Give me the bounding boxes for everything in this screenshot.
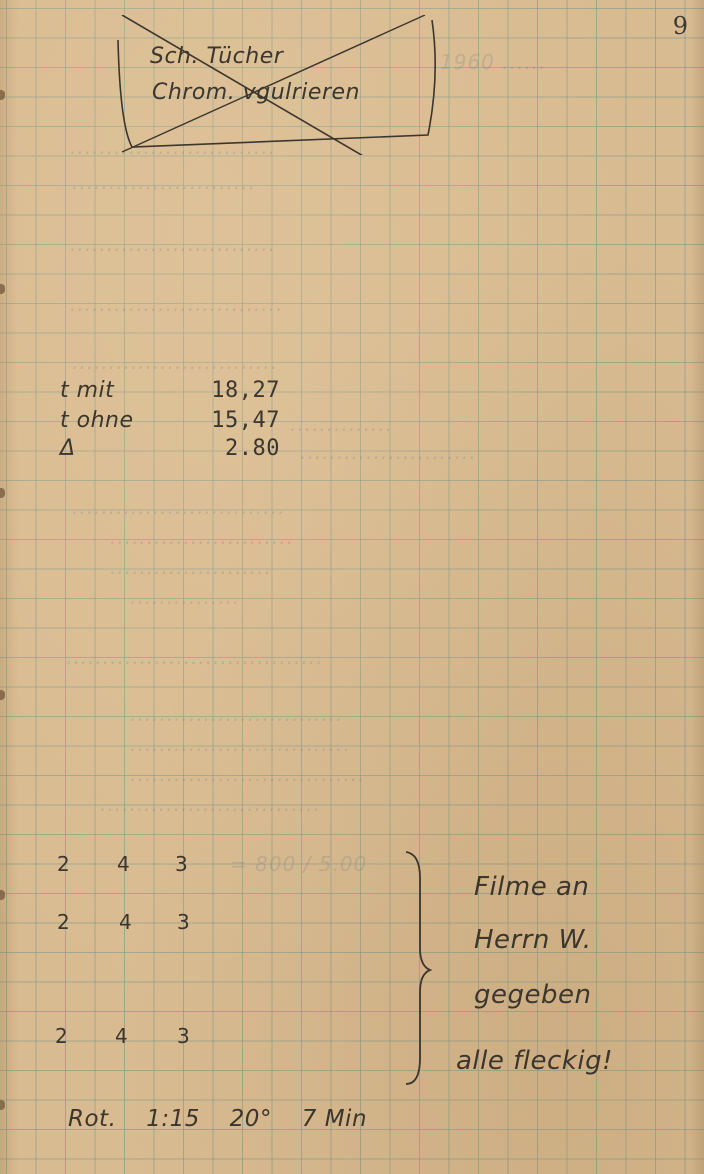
measurement-label: t mit: [60, 378, 180, 403]
note-line: Herrn W.: [474, 925, 592, 955]
footer-part: 1:15: [146, 1106, 200, 1132]
binding-hole: [0, 90, 5, 100]
footer-part: 7 Min: [302, 1106, 367, 1132]
measurement-label: Δ: [60, 436, 180, 461]
footer-note: Rot. 1:15 20° 7 Min: [68, 1106, 389, 1132]
note-line: alle fleckig!: [456, 1046, 613, 1076]
measurement-row: t mit 18,27: [60, 378, 280, 403]
measurement-value: 18,27: [180, 378, 280, 403]
measurement-label: t ohne: [60, 408, 180, 433]
binding-hole: [0, 488, 5, 498]
measurement-value: 2.80: [180, 436, 280, 461]
binding-hole: [0, 690, 5, 700]
measurement-row: Δ 2.80: [60, 436, 280, 461]
measurement-value: 15,47: [180, 408, 280, 433]
crossed-out-line-1: Sch. Tücher: [150, 44, 283, 69]
footer-part: 20°: [230, 1106, 272, 1132]
binding-hole: [0, 284, 5, 294]
curly-brace-icon: [398, 848, 438, 1088]
binding-hole: [0, 1100, 5, 1110]
note-line: gegeben: [474, 980, 591, 1010]
notebook-page: 9 1960 ...... ..........................…: [0, 0, 704, 1174]
note-line: Filme an: [474, 872, 589, 902]
page-number: 9: [673, 12, 688, 40]
footer-part: Rot.: [68, 1106, 116, 1132]
binding-hole: [0, 890, 5, 900]
crossed-out-line-2: Chrom. vgulrieren: [152, 80, 360, 105]
measurement-row: t ohne 15,47: [60, 408, 280, 433]
